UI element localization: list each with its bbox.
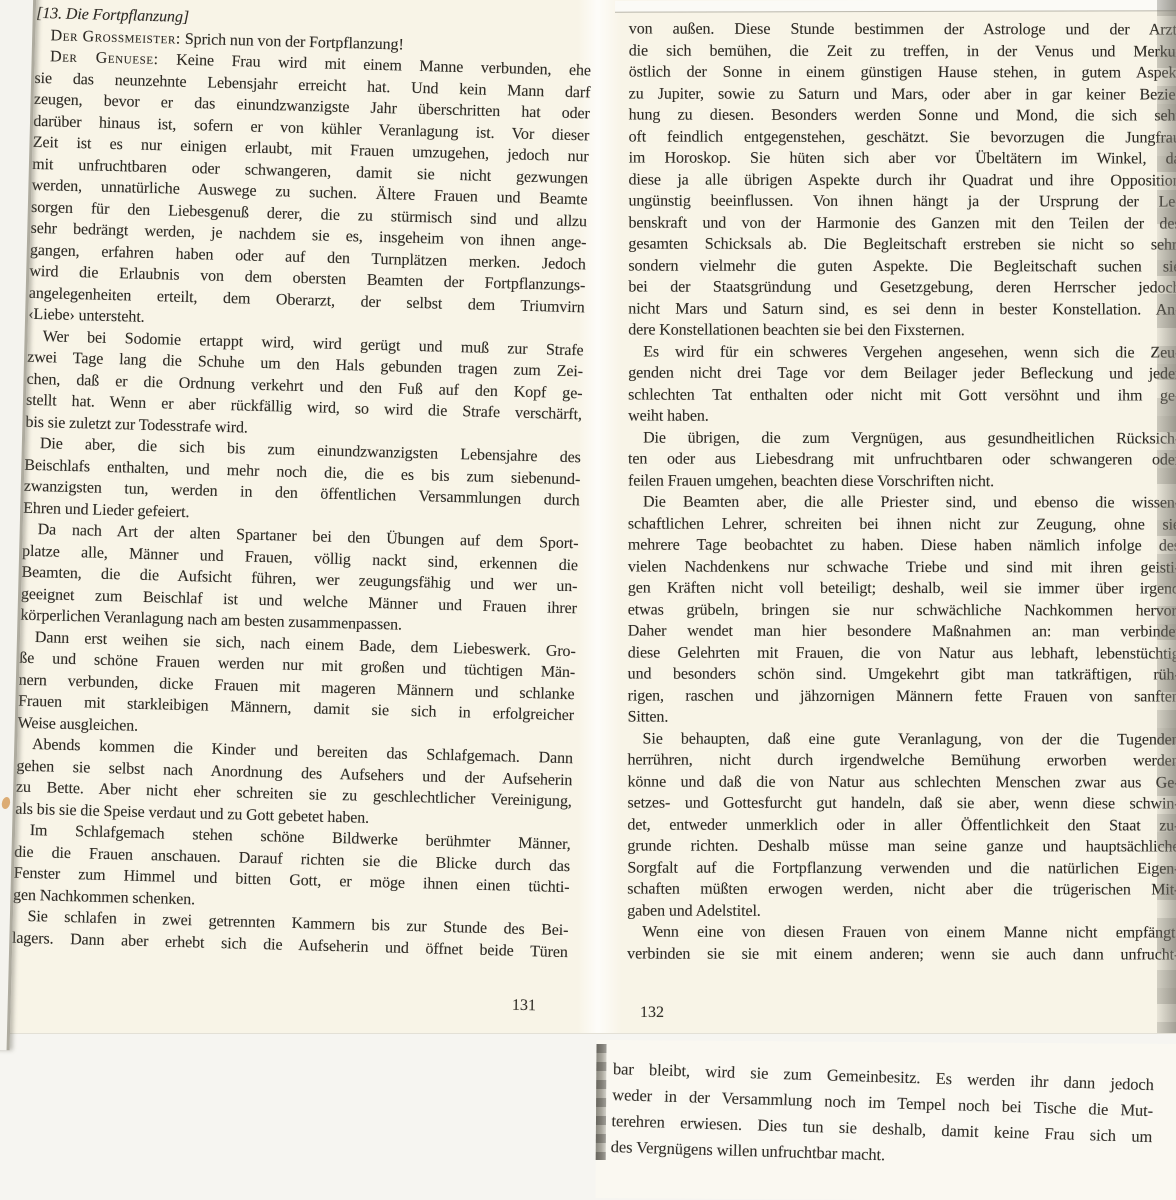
paragraph: Wer bei Sodomie ertappt wird, wird gerüg… (25, 325, 584, 447)
speaker-name: Der Genuese: (50, 48, 159, 68)
paragraph: Der Genuese: Keine Frau wird mit einem M… (28, 46, 591, 340)
text-line: im Horoskop. Sie hüten sich aber vor Übe… (629, 148, 1176, 170)
text-line: diese ja alle übrigen Aspekte durch ihr … (629, 169, 1176, 191)
scrap-text: bar bleibt, wird sie zum Gemeinbesitz. E… (610, 1056, 1154, 1176)
text-line: ungünstig beeinflussen. Von ihnen hängt … (628, 191, 1176, 213)
paragraph: Sie behaupten, daß eine gute Veranlagung… (627, 728, 1176, 922)
page-number-131: 131 (512, 997, 536, 1015)
paragraph: Es wird für ein schweres Vergehen angese… (628, 341, 1176, 428)
text-line: grunde richten. Deshalb müsse man seine … (627, 836, 1176, 858)
text-line: Sie behaupten, daß eine gute Veranlagung… (628, 728, 1176, 750)
scanned-book-page: { "colors":{ "paper":"#f8f4e7", "scrap_p… (0, 0, 1176, 1200)
paragraph: Abends kommen die Kinder und bereiten da… (15, 734, 573, 835)
right-scan-edge (1157, 0, 1176, 1033)
text-line: hung zu diesen. Besonders werden Sonne u… (629, 105, 1176, 127)
paragraph: Die Beamten aber, die alle Priester sind… (628, 492, 1176, 729)
text-line: vielen Nachdenkens nur schwache Triebe u… (628, 556, 1176, 578)
text-line: setzes- und Gottesfurcht gut handeln, da… (627, 793, 1176, 815)
text-line: zu Jupiter, sowie zu Saturn und Mars, od… (629, 83, 1176, 105)
text-line: weiht haben. (628, 406, 1176, 428)
right-page-text: von außen. Diese Stunde bestimmen der As… (627, 19, 1176, 966)
text-line: Es wird für ein schweres Vergehen angese… (628, 341, 1176, 363)
text-line: östlich der Sonne in einem günstigen Hau… (629, 62, 1176, 84)
text-line: könne und daß die von Natur aus schlecht… (627, 771, 1176, 793)
paragraph: Da nach Art der alten Spartaner bei den … (20, 519, 579, 641)
left-page-text: [13. Die Fortpflanzung]Der Grossmeister:… (12, 3, 593, 963)
text-line: von außen. Diese Stunde bestimmen der As… (629, 19, 1176, 41)
text-line: genden nicht drei Tage vor dem Beilager … (628, 363, 1176, 385)
text-line: die sich bemühen, die Zeit zu treffen, i… (629, 40, 1176, 62)
text-line: benskraft und von der Harmonie des Ganze… (628, 212, 1176, 234)
paragraph: von außen. Diese Stunde bestimmen der As… (628, 19, 1176, 342)
text-line: feilen Frauen umgehen, beachten diese Vo… (628, 470, 1176, 492)
paragraph: Dann erst weihen sie sich, nach einem Ba… (17, 626, 576, 748)
text-line: nicht Mars und Saturn sind, es sei denn … (628, 298, 1176, 320)
text-line: bei der Staatsgründung und Gesetzgebung,… (628, 277, 1176, 299)
text-line: sondern vielmehr die guten Aspekte. Die … (628, 255, 1176, 277)
text-line: schlechten Tat enthalten oder nicht mit … (628, 384, 1176, 406)
text-line: det, entweder unmerklich oder in aller Ö… (627, 814, 1176, 836)
text-line: etwas grübeln, bringen sie nur schwächli… (628, 599, 1176, 621)
text-line: und besonders schön sind. Umgekehrt gibt… (628, 664, 1176, 686)
speaker-name: Der Grossmeister: (50, 27, 181, 47)
paragraph: Die aber, die sich bis zum einundzwanzig… (23, 433, 581, 534)
text-line: Sorgfalt auf die Fortpflanzung verwenden… (627, 857, 1176, 879)
continuation-scrap: bar bleibt, wird sie zum Gemeinbesitz. E… (595, 1040, 1176, 1200)
text-line: gaben und Adelstitel. (627, 900, 1176, 922)
text-line: Daher wendet man hier besondere Maßnahme… (628, 621, 1176, 643)
text-line: Die übrigen, die zum Vergnügen, aus gesu… (628, 427, 1176, 449)
text-line: Die Beamten aber, die alle Priester sind… (628, 492, 1176, 514)
text-line: gesamten Schicksals ab. Die Begleitschaf… (628, 234, 1176, 256)
page-number-132: 132 (640, 1004, 664, 1022)
text-line: mehrere Tage beobachtet zu haben. Diese … (628, 535, 1176, 557)
text-line: dere Konstellationen beachten sie bei de… (628, 320, 1176, 342)
text-line: verbinden sie sie mit einem anderen; wen… (627, 943, 1176, 965)
text-line: diese Gelehrten mit Frauen, die von Natu… (628, 642, 1176, 664)
paragraph: Im Schlafgemach stehen schöne Bildwerke … (13, 820, 571, 921)
right-page-top-edge (615, 0, 1176, 13)
text-line: gen Kräften nicht voll beteiligt; deshal… (628, 578, 1176, 600)
paragraph: bar bleibt, wird sie zum Gemeinbesitz. E… (610, 1056, 1154, 1176)
paragraph: Wenn eine von diesen Frauen von einem Ma… (627, 922, 1176, 966)
text-line: schaftlichen Lehrer, schreiten bei ihnen… (628, 513, 1176, 535)
text-line: oft feindlich entgegenstehen, geschätzt.… (629, 126, 1176, 148)
torn-edge (596, 1044, 607, 1160)
text-line: ten oder aus Liebesdrang mit unfruchtbar… (628, 449, 1176, 471)
paragraph: Die übrigen, die zum Vergnügen, aus gesu… (628, 427, 1176, 492)
text-line: Wenn eine von diesen Frauen von einem Ma… (627, 922, 1176, 944)
text-line: rigen, raschen und jähzornigen Männern f… (628, 685, 1176, 707)
text-line: schaften müßten erwogen werden, nicht ab… (627, 879, 1176, 901)
text-line: Sitten. (628, 707, 1176, 729)
text-line: herrühren, nicht durch irgendwelche Bemü… (628, 750, 1176, 772)
